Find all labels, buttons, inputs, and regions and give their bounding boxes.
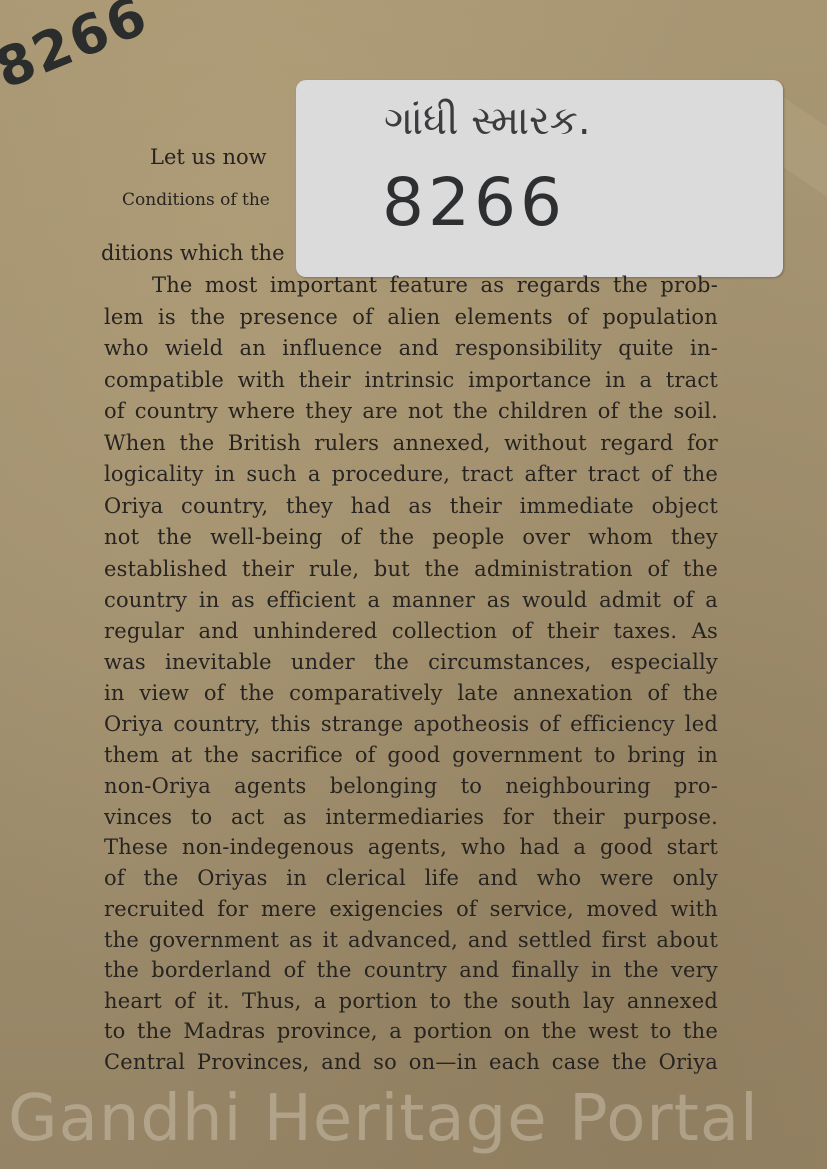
text-line: Oriya country, they had as their immedia…: [104, 494, 718, 518]
label-script-text: ગાંધી સ્મારક.: [384, 98, 591, 144]
text-line: recruited for mere exigencies of service…: [104, 897, 718, 921]
text-line: heart of it. Thus, a portion to the sout…: [104, 989, 718, 1013]
text-line: the borderland of the country and finall…: [104, 958, 718, 982]
text-line: who wield an influence and responsibilit…: [104, 336, 718, 360]
text-line: of country where they are not the childr…: [104, 399, 718, 423]
text-line: compatible with their intrinsic importan…: [104, 368, 718, 392]
text-line: Central Provinces, and so on—in each cas…: [104, 1050, 718, 1074]
text-line: them at the sacrifice of good government…: [104, 743, 718, 767]
text-line: vinces to act as intermediaries for thei…: [104, 805, 718, 829]
opening-line-1: Let us now: [150, 145, 267, 169]
text-line: was inevitable under the circumstances, …: [104, 650, 718, 674]
text-line: The most important feature as regards th…: [152, 273, 718, 297]
text-line: established their rule, but the administ…: [104, 557, 718, 581]
text-line: of the Oriyas in clerical life and who w…: [104, 866, 718, 890]
text-line: logicality in such a procedure, tract af…: [104, 462, 718, 486]
text-line: non-Oriya agents belonging to neighbouri…: [104, 774, 718, 798]
label-number: 8266: [382, 164, 566, 241]
text-line: regular and unhindered collection of the…: [104, 619, 718, 643]
folded-corner: [784, 98, 827, 208]
opening-line-3: ditions which the: [101, 241, 285, 265]
library-label-sticker: ગાંધી સ્મારક. 8266: [296, 80, 783, 277]
text-line: country in as efficient a manner as woul…: [104, 588, 718, 612]
text-line: to the Madras province, a portion on the…: [104, 1019, 718, 1043]
watermark: Gandhi Heritage Portal: [8, 1082, 759, 1156]
text-line: Oriya country, this strange apotheosis o…: [104, 712, 718, 736]
text-line: These non-indegenous agents, who had a g…: [104, 835, 718, 859]
opening-line-2: Conditions of the: [122, 190, 270, 210]
text-line: When the British rulers annexed, without…: [104, 431, 718, 455]
text-line: not the well-being of the people over wh…: [104, 525, 718, 549]
scanned-page: 8266 Let us now Conditions of the dition…: [0, 0, 827, 1169]
text-line: the government as it advanced, and settl…: [104, 928, 718, 952]
text-line: lem is the presence of alien elements of…: [104, 305, 718, 329]
handwritten-accession-number: 8266: [0, 0, 157, 101]
text-line: in view of the comparatively late annexa…: [104, 681, 718, 705]
